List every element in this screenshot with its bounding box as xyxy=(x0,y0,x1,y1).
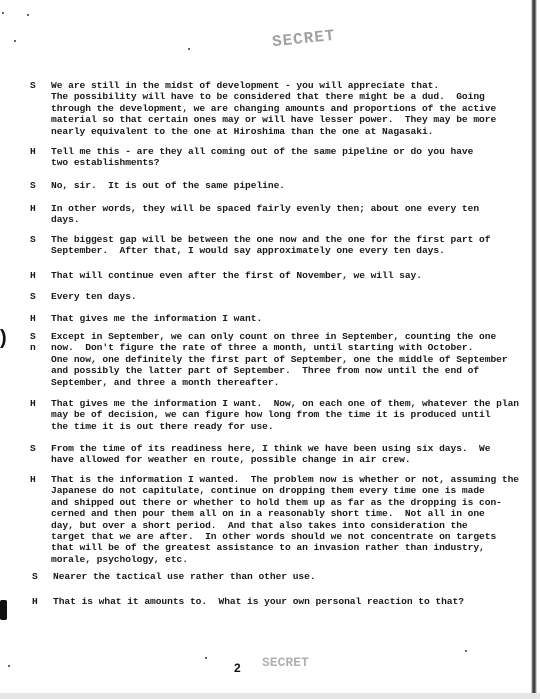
text-line: material so that certain ones may or wil… xyxy=(51,114,531,125)
speaker-label: H xyxy=(30,313,44,324)
text-line: morale, psychology, etc. xyxy=(51,554,531,565)
scan-speck xyxy=(188,48,190,50)
speaker-label: S xyxy=(30,443,44,454)
scan-speck xyxy=(14,40,16,42)
text-line: may be of decision, we can figure how lo… xyxy=(51,409,531,420)
dialogue-text: The biggest gap will be between the one … xyxy=(51,234,531,257)
text-line: The possibility will have to be consider… xyxy=(51,91,531,102)
speaker-label: S xyxy=(30,180,44,191)
speaker-label: S xyxy=(30,291,44,302)
dialogue-text: That is what it amounts to. What is your… xyxy=(53,596,533,607)
classification-stamp-bottom: SECRET xyxy=(262,655,309,670)
speaker-label: S xyxy=(30,80,44,91)
page-number: 2 xyxy=(234,661,241,675)
document-page: SECRET ) SWe are still in the midst of d… xyxy=(0,0,540,699)
text-line: Except in September, we can only count o… xyxy=(51,331,531,342)
dialogue-text: No, sir. It is out of the same pipeline. xyxy=(51,180,531,191)
text-line: target that we are after. In other words… xyxy=(51,531,531,542)
text-line: Every ten days. xyxy=(51,291,531,302)
speaker-label: S xyxy=(32,571,46,582)
dialogue-text: Nearer the tactical use rather than othe… xyxy=(53,571,533,582)
text-line: That is the information I wanted. The pr… xyxy=(51,474,531,485)
scan-speck xyxy=(465,650,467,652)
dialogue-text: That is the information I wanted. The pr… xyxy=(51,474,531,565)
text-line: One now, one definitely the first part o… xyxy=(51,354,531,365)
speaker-label: S xyxy=(30,234,44,245)
dialogue-text: That gives me the information I want. No… xyxy=(51,398,531,432)
text-line: that will be of the greatest assistance … xyxy=(51,542,531,553)
dialogue-text: That gives me the information I want. xyxy=(51,313,531,324)
text-line: The biggest gap will be between the one … xyxy=(51,234,531,245)
page-edge-shadow xyxy=(531,0,537,699)
speaker-label: S xyxy=(30,331,44,342)
text-line: nearly equivalent to the one at Hiroshim… xyxy=(51,126,531,137)
dialogue-text: Except in September, we can only count o… xyxy=(51,331,531,388)
dialogue-text: That will continue even after the first … xyxy=(51,270,531,281)
text-line: through the development, we are changing… xyxy=(51,103,531,114)
text-line: September, and three a month thereafter. xyxy=(51,377,531,388)
scan-speck xyxy=(27,14,29,16)
text-line: now. Don't figure the rate of three a mo… xyxy=(51,342,531,353)
scan-speck xyxy=(2,12,4,14)
scan-speck xyxy=(205,657,207,659)
text-line: have allowed for weather en route, possi… xyxy=(51,454,531,465)
text-line: cerned and then pour them all on in a re… xyxy=(51,508,531,519)
text-line: Tell me this - are they all coming out o… xyxy=(51,146,531,157)
dialogue-text: Every ten days. xyxy=(51,291,531,302)
speaker-label: H xyxy=(30,203,44,214)
dialogue-text: In other words, they will be spaced fair… xyxy=(51,203,531,226)
text-line: September. After that, I would say appro… xyxy=(51,245,531,256)
text-line: two establishments? xyxy=(51,157,531,168)
text-line: That gives me the information I want. No… xyxy=(51,398,531,409)
classification-stamp-top: SECRET xyxy=(271,27,336,52)
text-line: From the time of its readiness here, I t… xyxy=(51,443,531,454)
speaker-label: H xyxy=(30,398,44,409)
speaker-label: H xyxy=(30,474,44,485)
text-line: In other words, they will be spaced fair… xyxy=(51,203,531,214)
speaker-label: H xyxy=(32,596,46,607)
text-line: days. xyxy=(51,214,531,225)
text-line: That is what it amounts to. What is your… xyxy=(53,596,533,607)
speaker-label: H xyxy=(30,270,44,281)
text-line: the time it is out there ready for use. xyxy=(51,421,531,432)
speaker-label-annotation: n xyxy=(30,342,44,353)
text-line: and shipped out there or whether to hold… xyxy=(51,497,531,508)
text-line: No, sir. It is out of the same pipeline. xyxy=(51,180,531,191)
text-line: day, but over a short period. And that a… xyxy=(51,520,531,531)
text-line: and possibly the latter part of Septembe… xyxy=(51,365,531,376)
left-margin-punch-mark xyxy=(0,600,7,620)
text-line: That will continue even after the first … xyxy=(51,270,531,281)
scan-speck xyxy=(8,665,10,667)
left-margin-mark: ) xyxy=(0,327,7,350)
text-line: Japanese do not capitulate, continue on … xyxy=(51,485,531,496)
dialogue-text: Tell me this - are they all coming out o… xyxy=(51,146,531,169)
dialogue-text: From the time of its readiness here, I t… xyxy=(51,443,531,466)
speaker-label: H xyxy=(30,146,44,157)
dialogue-text: We are still in the midst of development… xyxy=(51,80,531,137)
text-line: That gives me the information I want. xyxy=(51,313,531,324)
text-line: We are still in the midst of development… xyxy=(51,80,531,91)
text-line: Nearer the tactical use rather than othe… xyxy=(53,571,533,582)
viewer-bottom-edge xyxy=(0,693,540,699)
